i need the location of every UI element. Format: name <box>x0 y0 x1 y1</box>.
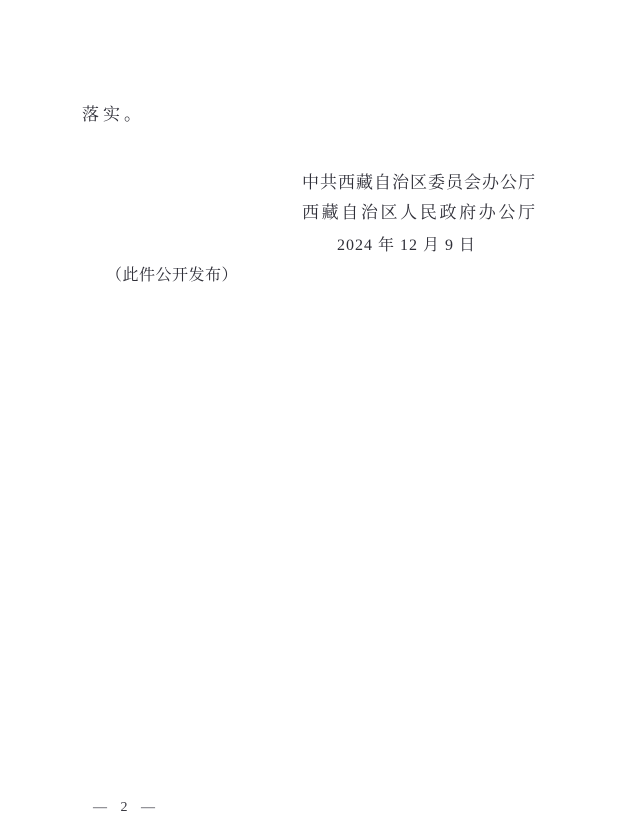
signature-org-line-1: 中共西藏自治区委员会办公厅 <box>302 171 535 201</box>
public-release-note: （此件公开发布） <box>106 265 238 287</box>
page-number: — 2 — <box>93 799 155 817</box>
document-page: 落实。 中共西藏自治区委员会办公厅 西藏自治区人民政府办公厅 2024 年 12… <box>0 0 632 840</box>
signature-date: 2024 年 12 月 9 日 <box>337 235 476 257</box>
signature-block: 中共西藏自治区委员会办公厅 西藏自治区人民政府办公厅 <box>302 171 535 231</box>
signature-org-line-2: 西藏自治区人民政府办公厅 <box>302 201 535 231</box>
body-closing-text: 落实。 <box>82 104 145 126</box>
